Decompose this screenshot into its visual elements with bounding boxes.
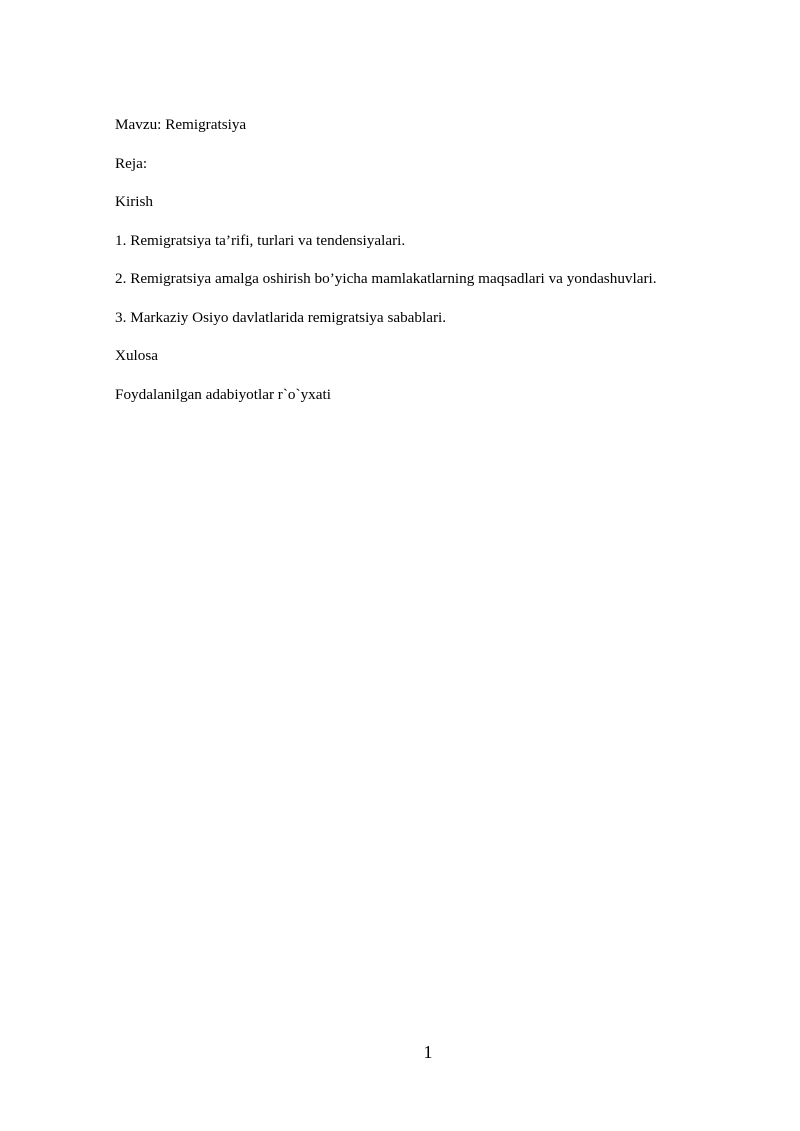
plan-item-2: 2. Remigratsiya amalga oshirish bo’yicha… <box>115 269 705 288</box>
topic-line: Mavzu: Remigratsiya <box>115 115 705 134</box>
document-body: Mavzu: Remigratsiya Reja: Kirish 1. Remi… <box>115 115 705 423</box>
document-page: Mavzu: Remigratsiya Reja: Kirish 1. Remi… <box>0 0 800 1131</box>
plan-item-1: 1. Remigratsiya ta’rifi, turlari va tend… <box>115 231 705 250</box>
plan-item-references: Foydalanilgan adabiyotlar r`o`yxati <box>115 385 705 404</box>
plan-heading: Reja: <box>115 154 705 173</box>
plan-item-introduction: Kirish <box>115 192 705 211</box>
plan-item-conclusion: Xulosa <box>115 346 705 365</box>
plan-item-3: 3. Markaziy Osiyo davlatlarida remigrats… <box>115 308 705 327</box>
page-number: 1 <box>0 1041 800 1063</box>
